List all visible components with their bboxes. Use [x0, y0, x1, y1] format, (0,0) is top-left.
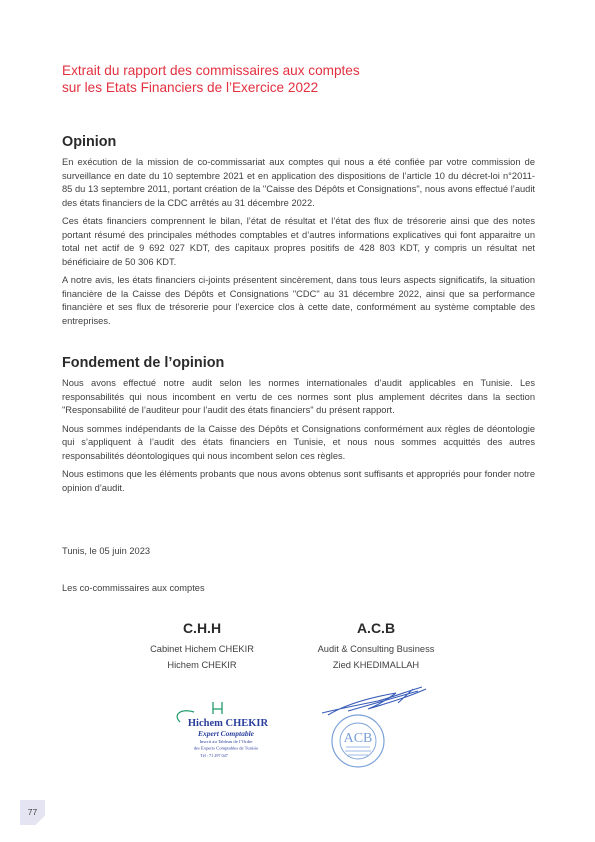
stamp-logo: ACB [344, 731, 373, 746]
chh-stamp-icon: Hichem CHEKIR Expert Comptable Inscrit a… [168, 700, 288, 762]
report-page: Extrait du rapport des commissaires aux … [0, 0, 595, 842]
stamp-text: Expert Comptable [197, 729, 255, 738]
firm-name: Audit & Consulting Business [276, 641, 476, 657]
firm-acb: A.C.B Audit & Consulting Business Zied K… [276, 620, 476, 673]
firm-chh: C.H.H Cabinet Hichem CHEKIR Hichem CHEKI… [102, 620, 302, 673]
stamp-text: des Experts Comptables de Tunisie [194, 746, 259, 751]
section-heading-fondement: Fondement de l’opinion [62, 355, 535, 372]
stamp-text: Tél : 71 297 047 [200, 753, 228, 758]
place-date: Tunis, le 05 juin 2023 [62, 546, 150, 556]
firm-abbr: A.C.B [276, 620, 476, 637]
co-commissaires-label: Les co-commissaires aux comptes [62, 583, 205, 593]
title-line-1: Extrait du rapport des commissaires aux … [62, 62, 522, 79]
opinion-paragraph: Ces états financiers comprennent le bila… [62, 215, 535, 269]
fondement-paragraph: Nous estimons que les éléments probants … [62, 468, 535, 495]
firm-person: Hichem CHEKIR [102, 657, 302, 673]
acb-stamp-icon: ACB [318, 683, 438, 769]
title-line-2: sur les Etats Financiers de l’Exercice 2… [62, 79, 522, 96]
stamp-text: Inscrit au Tableau de l’Ordre [200, 739, 253, 744]
section-fondement: Fondement de l’opinion Nous avons effect… [62, 355, 535, 500]
opinion-paragraph: A notre avis, les états financiers ci-jo… [62, 274, 535, 328]
fondement-paragraph: Nous avons effectué notre audit selon le… [62, 377, 535, 418]
opinion-paragraph: En exécution de la mission de co-commiss… [62, 156, 535, 210]
stamp-text: Hichem CHEKIR [188, 718, 269, 729]
firm-person: Zied KHEDIMALLAH [276, 657, 476, 673]
section-opinion: Opinion En exécution de la mission de co… [62, 134, 535, 333]
page-number: 77 [20, 800, 45, 825]
firm-name: Cabinet Hichem CHEKIR [102, 641, 302, 657]
document-title: Extrait du rapport des commissaires aux … [62, 62, 522, 96]
firm-abbr: C.H.H [102, 620, 302, 637]
section-heading-opinion: Opinion [62, 134, 535, 151]
fondement-paragraph: Nous sommes indépendants de la Caisse de… [62, 423, 535, 464]
